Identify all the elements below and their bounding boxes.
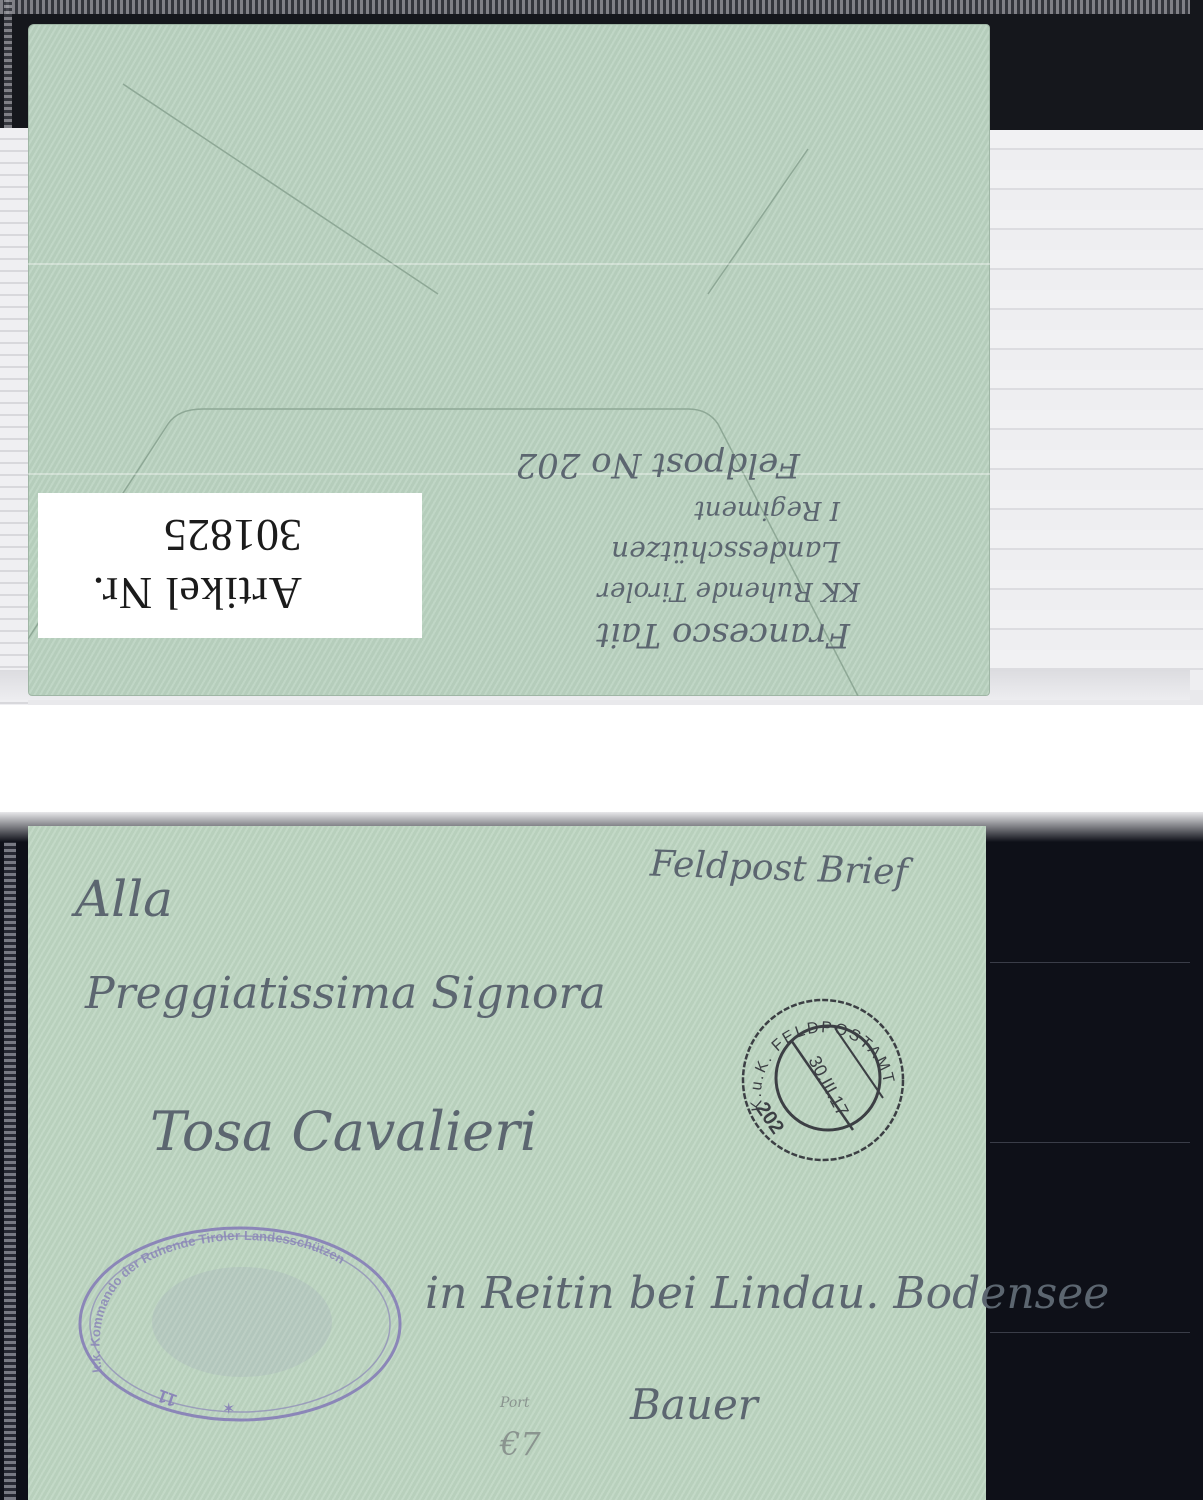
sender-line: I Regiment [400, 490, 860, 530]
sleeve-scratch [990, 1332, 1190, 1333]
address-line: Preggiatissima Signora [85, 968, 606, 1019]
sleeve-light-area [0, 128, 28, 708]
address-line: Tosa Cavalieri [150, 1100, 537, 1163]
label-title: Artikel Nr. [92, 567, 302, 620]
article-number: 301825 [164, 509, 302, 562]
sleeve-scratch [990, 1142, 1190, 1143]
feldpost-postmark: K.u.K. FELDPOSTAMT 30.III.17 202 [733, 990, 913, 1170]
sleeve-perforation [0, 0, 1190, 14]
artikel-number-label: Artikel Nr. 301825 [38, 493, 422, 638]
pencil-note: Port [500, 1395, 530, 1411]
regimental-seal: k.k. Kommando der Ruhende Tiroler Landes… [72, 1222, 407, 1427]
sender-line: Francesco Tait [400, 610, 860, 660]
sender-address: Francesco Tait KK Ruhende Tiroler Landes… [400, 395, 860, 660]
sender-line: KK Ruhende Tiroler [400, 572, 860, 610]
sender-line: Landesschützen [400, 530, 860, 572]
address-line: Alla [75, 870, 173, 928]
sleeve-scratch [990, 962, 1190, 963]
address-line: Bauer [630, 1380, 758, 1429]
price-note: €7 [500, 1425, 541, 1463]
sleeve-light-area [990, 130, 1203, 690]
page-gap [0, 705, 1203, 815]
sleeve-perforation [4, 842, 16, 1500]
address-line: in Reitin bei Lindau. Bodensee [425, 1268, 1109, 1319]
sleeve-perforation [4, 0, 12, 128]
star-icon: ✶ [222, 1401, 235, 1418]
sender-line: Feldpost No 202 [400, 440, 860, 490]
postmark-date: 30.III.17 [804, 1052, 852, 1119]
